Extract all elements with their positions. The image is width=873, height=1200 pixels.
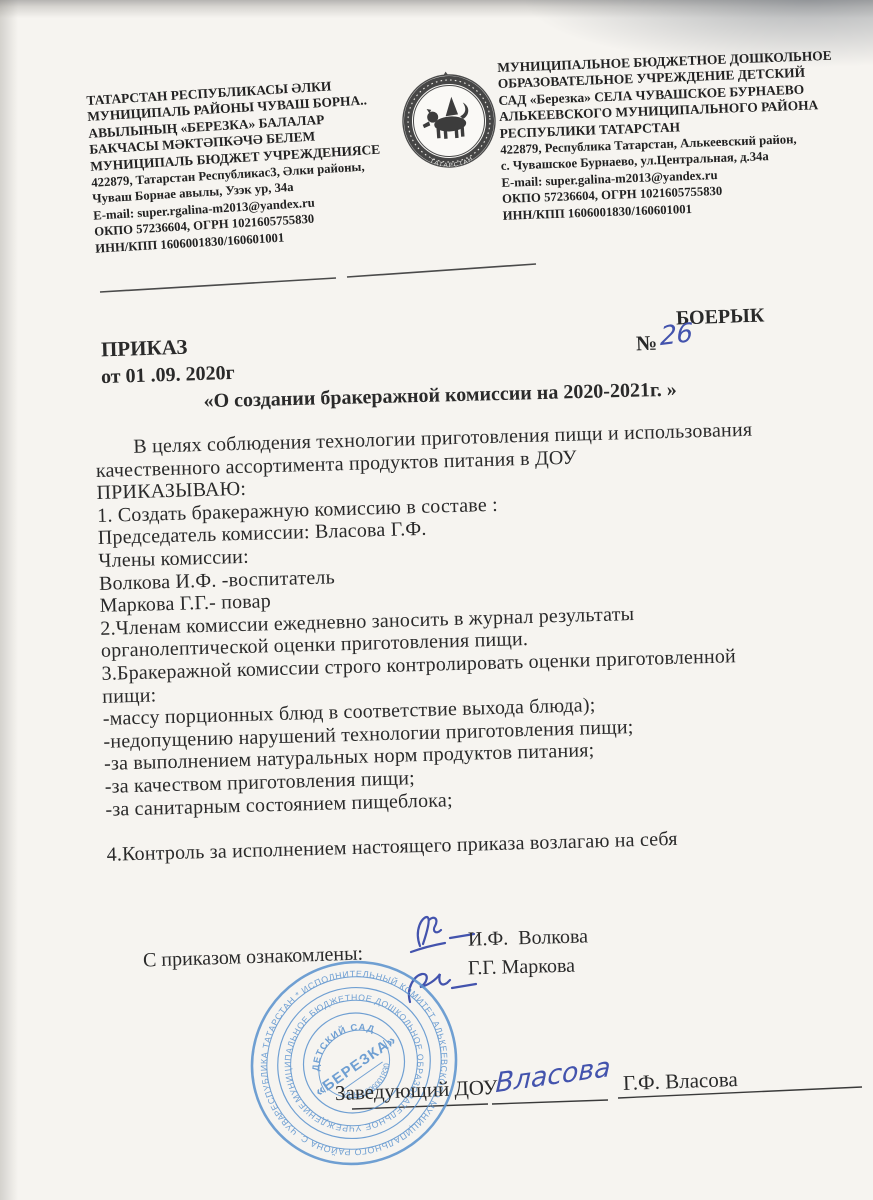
order-number-handwritten: 26 (660, 318, 693, 352)
signature-volkova-icon (411, 917, 445, 952)
order-kind: ПРИКАЗ (101, 335, 188, 363)
scanner-edge-shadow-left (0, 0, 18, 1200)
order-date: от 01 .09. 2020г (101, 362, 235, 389)
order-number-sign: № (636, 331, 658, 357)
official-round-stamp: РЕСПУБЛИКА ТАТАРСТАН * ИСПОЛНИТЕЛЬНЫЙ КО… (240, 956, 468, 1170)
signatory-name-markova: Г.Г. Маркова (468, 955, 576, 981)
letterhead-russian-block: МУНИЦИПАЛЬНОЕ БЮДЖЕТНОЕ ДОШКОЛЬНОЕ ОБРАЗ… (497, 46, 873, 224)
letterhead-tatar-block: ТАТАРСТАН РЕСПУБЛИКАСЫ ӘЛКИ МУНИЦИПАЛЬ Р… (86, 73, 435, 257)
signatory-name-volkova: И.Ф. Волкова (468, 925, 589, 951)
head-name: Г.Ф. Власова (623, 1067, 739, 1096)
tatarstan-coat-of-arms-icon: ТАТАРСТАН (399, 70, 499, 172)
scanned-order-document: ТАТАРСТАН РЕСПУБЛИКАСЫ ӘЛКИ МУНИЦИПАЛЬ Р… (0, 0, 873, 1200)
position-label: Заведующий ДОУ (335, 1075, 498, 1106)
order-body: В целях соблюдения технологии приготовле… (95, 417, 833, 866)
signature-vlasova-handwritten: Власова (495, 1052, 611, 1100)
